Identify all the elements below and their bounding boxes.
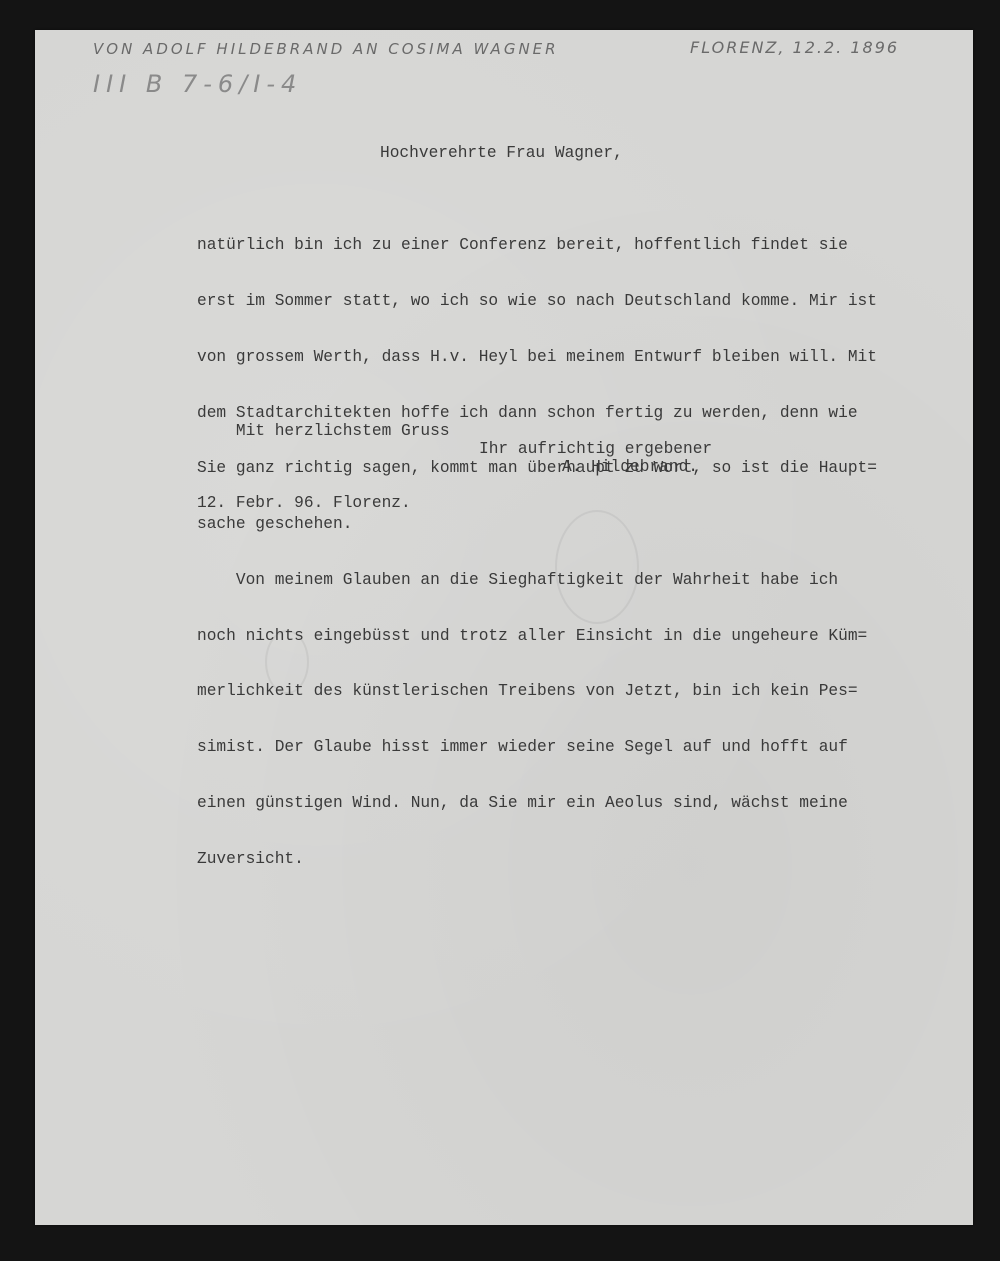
- letter-line: von grossem Werth, dass H.v. Heyl bei me…: [197, 348, 877, 367]
- letter-line: merlichkeit des künstlerischen Treibens …: [197, 682, 877, 701]
- letter-line: natürlich bin ich zu einer Conferenz ber…: [197, 236, 877, 255]
- letter-body: natürlich bin ich zu einer Conferenz ber…: [197, 199, 877, 906]
- letter-closing: Mit herzlichstem Gruss: [197, 422, 450, 441]
- letter-salutation: Hochverehrte Frau Wagner,: [380, 144, 623, 163]
- letter-line: simist. Der Glaube hisst immer wieder se…: [197, 738, 877, 757]
- archive-shelfmark: III B 7-6/I-4: [93, 70, 302, 98]
- letter-page: VON ADOLF HILDEBRAND AN COSIMA WAGNER FL…: [35, 30, 973, 1225]
- letter-line: Zuversicht.: [197, 850, 877, 869]
- letter-line: Sie ganz richtig sagen, kommt man überha…: [197, 459, 877, 478]
- signature-valediction: Ihr aufrichtig ergebener: [479, 440, 712, 459]
- letter-line: noch nichts eingebüsst und trotz aller E…: [197, 627, 877, 646]
- signature-name: A. Hildebrand.: [562, 458, 698, 477]
- letter-line: dem Stadtarchitekten hoffe ich dann scho…: [197, 404, 877, 423]
- letter-line: einen günstigen Wind. Nun, da Sie mir ei…: [197, 794, 877, 813]
- letter-line: erst im Sommer statt, wo ich so wie so n…: [197, 292, 877, 311]
- archive-header-sender-recipient: VON ADOLF HILDEBRAND AN COSIMA WAGNER: [93, 40, 559, 58]
- archive-header-place-date: FLORENZ, 12.2. 1896: [690, 38, 899, 57]
- letter-line: sache geschehen.: [197, 515, 877, 534]
- letter-dateline: 12. Febr. 96. Florenz.: [197, 494, 411, 513]
- letter-line: Von meinem Glauben an die Sieghaftigkeit…: [197, 571, 877, 590]
